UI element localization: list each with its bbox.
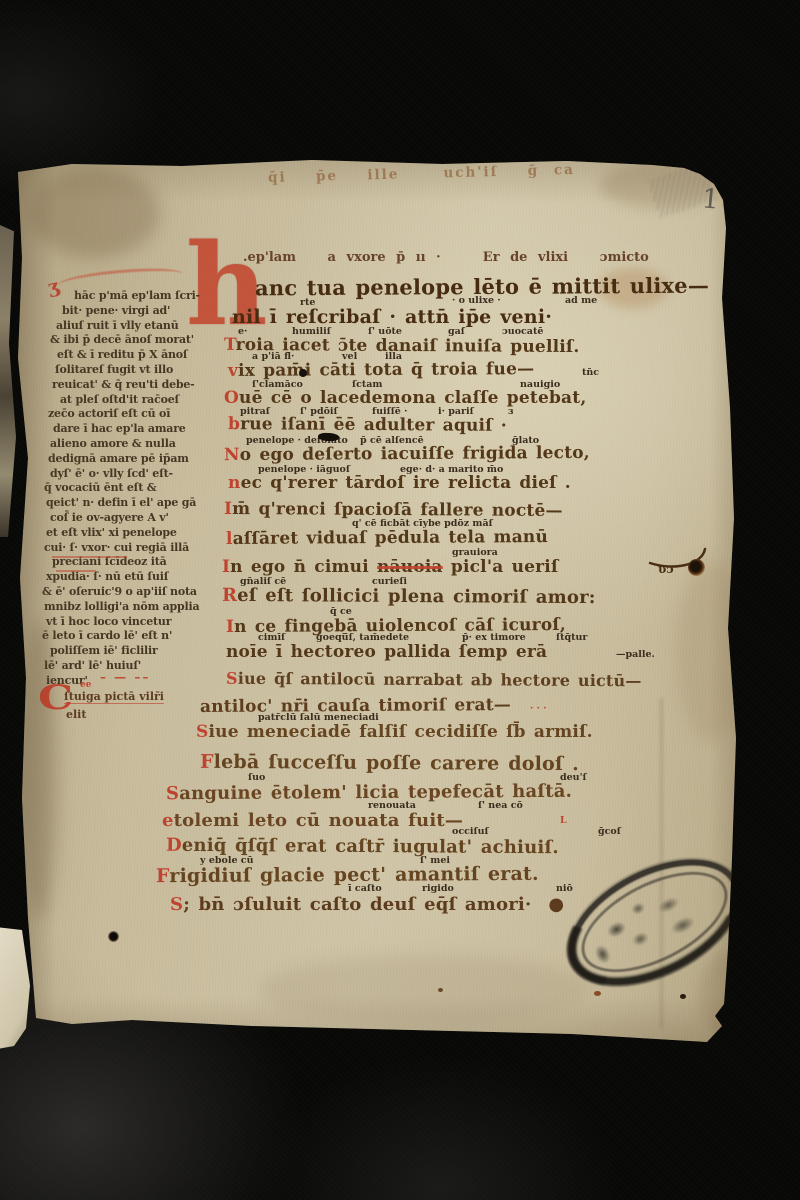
interlinear-gloss: ſctam <box>352 380 382 390</box>
verse-line: noīe ī hectoreo pallida ſemp erā <box>226 644 547 661</box>
interlinear-gloss: vel <box>342 352 357 362</box>
interlinear-gloss: ī caſto <box>348 884 382 894</box>
interlinear-gloss: ege· d· a marito m̄o <box>400 465 503 475</box>
commentary-line: coſ̄ ie ov-agyere A v' <box>50 512 169 523</box>
commentary-line: ē leto ī cardo lē' eſt n' <box>42 630 172 641</box>
interlinear-gloss: ḡlato <box>512 436 539 446</box>
rubric-initial: n <box>228 473 241 493</box>
red-paraph-mark: ʒ <box>46 275 61 299</box>
interlinear-gloss: · o ulixe · <box>452 296 501 306</box>
rubric-initial: e <box>162 810 174 831</box>
verse-line: etolemi leto cū nouata fuit— <box>162 812 463 830</box>
commentary-line: mnibz lolligi'a nōm applia <box>44 601 199 612</box>
interlinear-gloss: ſ' mei <box>420 856 450 866</box>
commentary-line: at pleſ oſtd'it rac̄oeſ <box>60 394 179 405</box>
commentary-line: dyſ' ē' o· vlly ſcd' eſt- <box>50 468 173 479</box>
red-underline <box>56 570 96 572</box>
manuscript-page: 1 q̄i p̄e ille uch'iſ ḡ ca .ep'lam a vx… <box>12 158 746 1050</box>
commentary-line: cui· ſ· vxor· cui regiā illā <box>44 542 189 553</box>
verse-text: n ego n̄ cimui <box>230 557 377 577</box>
margin-note-line: ſtuiga pictā vilr̄i <box>64 690 164 704</box>
commentary-line: dedignā amare pē ip̄am <box>48 453 189 464</box>
interlinear-gloss: penelope · iāguoſ <box>258 465 350 475</box>
interlinear-gloss: ſ' uōte <box>368 327 402 337</box>
dark-fleck <box>680 994 686 999</box>
verse-text: o ego deſerto iacuiſſe frigida lecto, <box>240 443 590 465</box>
interlinear-gloss: gaſ <box>448 327 465 337</box>
commentary-line: & ibi p̄ decē ānoſ morat' <box>50 334 194 345</box>
photograph-scene: 1 q̄i p̄e ille uch'iſ ḡ ca .ep'lam a vx… <box>0 0 800 1200</box>
interlinear-gloss: q' cē ficbāt cīybe pdōz māſ <box>352 519 493 529</box>
interlinear-gloss: pitraſ <box>240 407 270 417</box>
interlinear-gloss: tn̄c <box>582 368 599 378</box>
rubric-initial: b <box>228 414 240 434</box>
verse-text: picl'a ueriſ <box>443 557 559 577</box>
verse-text: noīe ī hectoreo pallida ſemp erā <box>226 642 547 662</box>
verse-text: nil ī reſcribaſ · attn̄ ip̄e veni· <box>232 306 552 328</box>
interlinear-gloss: ſtq̄tur <box>556 633 587 643</box>
margin-mark: ʋɔ <box>658 562 674 576</box>
rubric-initial: S <box>196 722 208 742</box>
rubric-initial: S <box>226 669 238 688</box>
interlinear-gloss: ɔuocatē <box>502 327 543 337</box>
interlinear-gloss: L <box>560 816 567 826</box>
incipit-heading: .ep'lam a vxore p̄ ıı · Er de vlixi ɔmic… <box>243 250 649 265</box>
interlinear-gloss: occiſuſ <box>452 827 489 837</box>
commentary-line: eſt & ī reditu p̄ X ānoſ <box>57 349 187 360</box>
interlinear-gloss: —palle. <box>616 650 655 660</box>
verse-text: ; bn̄ ɔſuluit caſto deuſ eq̄ſ amori· ● <box>183 894 564 915</box>
interlinear-gloss: deu'ſ <box>560 773 587 783</box>
rubric-initial: F <box>200 751 214 773</box>
wormhole <box>108 931 119 942</box>
rubric-initial: S <box>166 783 179 804</box>
struck-word: nāuoia <box>377 557 443 577</box>
header-inscription: q̄i p̄e ille uch'iſ ḡ ca <box>268 162 575 186</box>
commentary-line: reuicat' & q̄ reu'ti debe- <box>52 379 195 390</box>
verse-line: nil ī reſcribaſ · attn̄ ip̄e veni· <box>232 308 552 327</box>
commentary-line: bit· pene· virgi ad' <box>62 305 170 316</box>
red-dashes: – — –– <box>100 670 150 684</box>
verse-text: tolemi leto cū nouata fuit— <box>174 810 463 831</box>
interlinear-gloss: ſ'clamāco <box>252 380 303 390</box>
interlinear-gloss: y ebole cū <box>200 856 254 866</box>
commentary-line: & ē' oſeruic'9 o ap'iiſ nota <box>42 586 197 597</box>
interlinear-gloss: nauigio <box>520 380 560 390</box>
underlying-folio-corner <box>0 925 32 1051</box>
verse-line: No ego deſerto iacuiſſe frigida lecto, <box>224 445 590 464</box>
verse-text: ec q'rerer tārdoſ ire relicta dieſ . <box>241 473 571 493</box>
interlinear-gloss: goequ̅ſ, tam̄edete <box>316 633 409 643</box>
commentary-line: vt ī hoc loco vincetur <box>46 616 171 627</box>
parchment-stain <box>700 950 760 1040</box>
rubric-initial: S <box>170 894 183 915</box>
interlinear-gloss: ſ' pdōiſ <box>300 407 338 417</box>
commentary-line: et eſt vlix' xi penelope <box>46 527 177 538</box>
interlinear-gloss: fuiſſē · <box>372 407 407 417</box>
verse-text: aſſāret viduaſ pēdula tela manū <box>233 527 548 549</box>
commentary-line: zec̄o actoriſ eſt cū oī <box>48 408 170 419</box>
wormhole <box>688 559 705 576</box>
interlinear-gloss: rigido <box>422 884 454 894</box>
commentary-line: ſolitareſ fugit vt illo <box>55 364 173 375</box>
interlinear-gloss: · · · <box>530 704 547 714</box>
interlinear-gloss: i· pariſ <box>438 407 474 417</box>
rubric-initial: O <box>224 388 239 408</box>
verse-line: Ouē cē o lacedemona claſſe petebat, <box>224 390 586 407</box>
rubric-initial: T <box>224 335 236 355</box>
interlinear-gloss: ſ' nea cō <box>478 801 523 811</box>
interlinear-gloss: a p'iā fl̄· <box>252 352 294 362</box>
rubric-initial: D <box>166 835 182 856</box>
verse-text: ix pam̄i cāti tota q̄ troia fue— <box>238 359 534 381</box>
rubric-initial: I <box>222 557 230 577</box>
interlinear-gloss: renouata <box>368 801 416 811</box>
ink-dot <box>299 369 307 377</box>
commentary-line: q̄ vocaciū ēnt eſt & <box>44 482 156 493</box>
interlinear-gloss: ɜ <box>508 407 513 417</box>
interlinear-gloss: curieſi <box>372 577 407 587</box>
commentary-line: xpudia· ſ· nū etū ſuiſ <box>46 571 168 582</box>
verse-line: S; bn̄ ɔſuluit caſto deuſ eq̄ſ amori· ● <box>170 896 564 914</box>
rubric-initial: F <box>156 865 169 887</box>
interlinear-gloss: patr̄clū ſalū meneciadi <box>258 713 379 723</box>
interlinear-gloss: rte <box>300 298 315 308</box>
commentary-line: poliſſem iē' ficlilir <box>50 645 158 656</box>
library-stamp <box>548 834 760 1011</box>
verse-line: In ego n̄ cimui nāuoia picl'a ueriſ <box>222 559 558 576</box>
red-underline <box>52 556 127 558</box>
verse-line: brue iſanī ēē adulter aquiſ · <box>228 416 507 435</box>
margin-note-line: elit <box>66 708 86 721</box>
verse-text: uē cē o lacedemona claſſe petebat, <box>239 388 586 408</box>
interlinear-gloss: humiliſ <box>292 327 331 337</box>
interlinear-gloss: illa <box>385 352 402 362</box>
verse-line: Flebā ſucceſſu poſſe carere doloſ . <box>200 753 579 774</box>
interlinear-gloss: cimīſ <box>258 633 285 643</box>
underlying-folio-edge <box>0 225 18 537</box>
verse-line: nec q'rerer tārdoſ ire relicta dieſ . <box>228 475 571 492</box>
interlinear-gloss: q̄ ce <box>330 607 352 617</box>
interlinear-gloss: gn̄aliſ cē <box>240 577 286 587</box>
commentary-line: aliuſ ruit ī vlly etanū <box>56 320 179 331</box>
interlinear-gloss: ad me <box>565 296 597 306</box>
parchment-stain <box>676 560 746 740</box>
verse-text: rue iſanī ēē adulter aquiſ · <box>240 414 507 436</box>
parchment-stain <box>30 168 160 258</box>
interlinear-gloss: ſuo <box>248 773 265 783</box>
folio-number: 1 <box>701 183 721 215</box>
rust-fleck <box>438 988 443 992</box>
commentary-line: hāc p'mā ep'lam ſcri- <box>74 290 200 301</box>
interlinear-gloss: p̄ cē alſencē <box>360 436 424 446</box>
interlinear-gloss: grauiora <box>452 548 498 558</box>
rubric-initial: v <box>228 361 238 381</box>
verse-line: Reſ eſt ſollicici plena cimoriſ amor: <box>222 587 596 607</box>
interlinear-gloss: niō <box>556 884 573 894</box>
verse-text: iue meneciadē falſiſ cecidiſſe ſb̄ armiſ… <box>208 722 592 742</box>
verse-line: Siue q̄ſ antilocū narrabat ab hectore ui… <box>226 671 642 690</box>
verse-text: eſ eſt ſollicici plena cimoriſ amor: <box>237 585 596 608</box>
verse-text: lebā ſucceſſu poſſe carere doloſ . <box>214 751 579 775</box>
interlinear-gloss: p̄· ex timore <box>462 633 526 643</box>
rubric-initial: R <box>222 585 237 606</box>
interlinear-gloss: e· <box>238 327 247 337</box>
verse-line: laſſāret viduaſ pēdula tela manū <box>226 529 548 548</box>
verse-line: vix pam̄i cāti tota q̄ troia fue— <box>228 361 534 380</box>
parchment-stain <box>260 955 590 1025</box>
red-gloss: ee <box>80 680 91 690</box>
commentary-line: qeict' n· defin ī el' ape gā <box>46 497 196 508</box>
rubric-initial: N <box>224 445 240 465</box>
commentary-line: alieno amore & nulla <box>50 438 176 449</box>
verse-line: Siue meneciadē falſiſ cecidiſſe ſb̄ armi… <box>196 724 593 741</box>
commentary-line: preciani ſcīdeoz itā <box>52 556 167 567</box>
commentary-line: dare ī hac ep'la amare <box>53 423 186 434</box>
interlinear-gloss: ḡcoſ <box>598 827 621 837</box>
verse-text: iue q̄ſ antilocū narrabat ab hectore uic… <box>238 669 642 690</box>
